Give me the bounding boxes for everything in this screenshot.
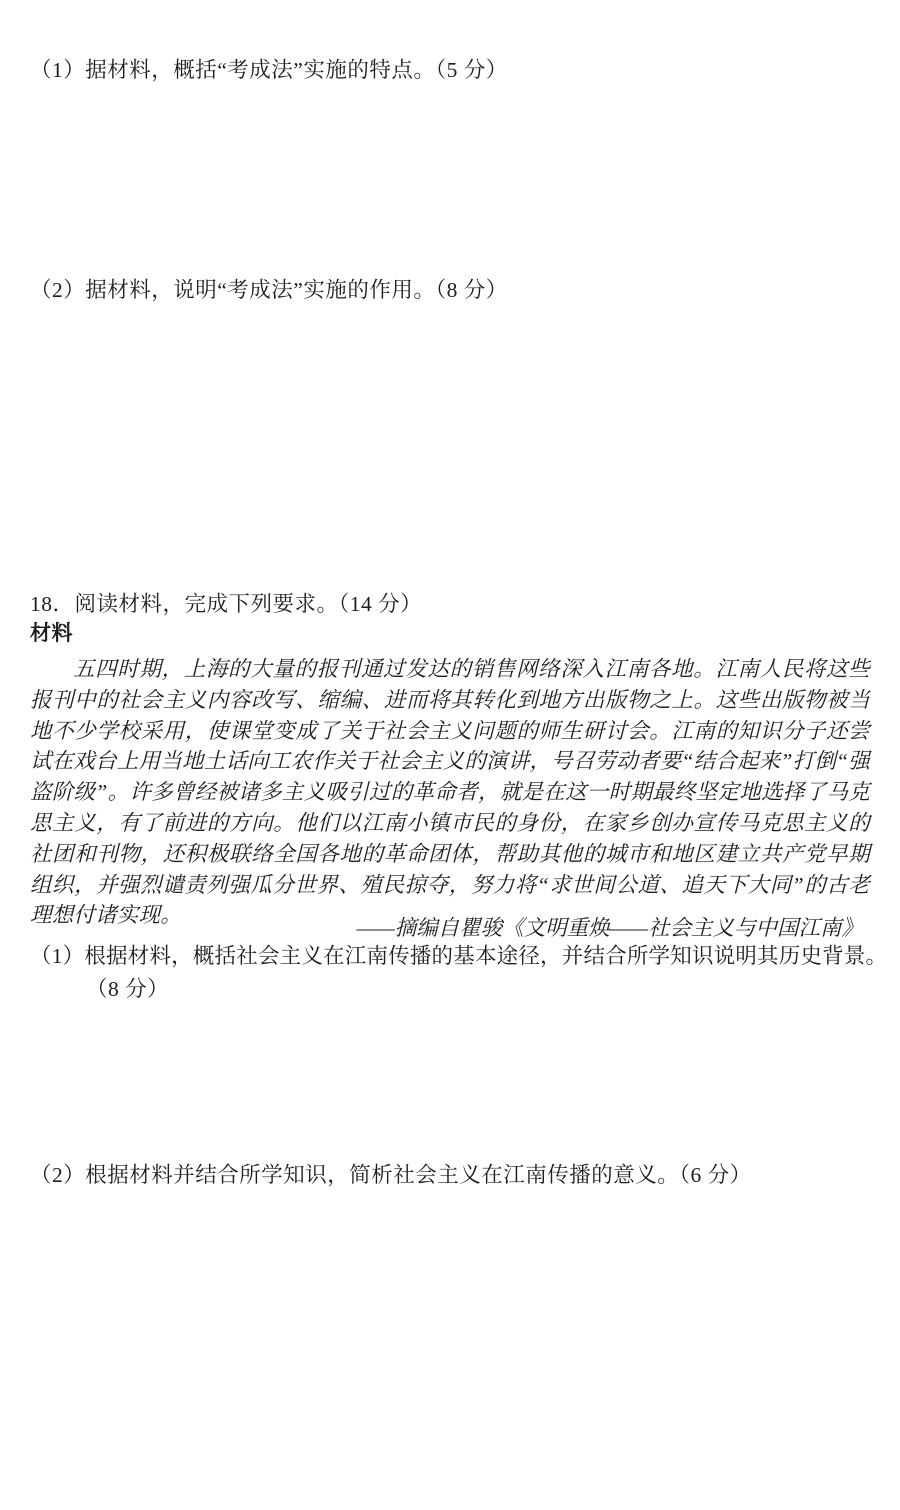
question-18-part-2: （2）根据材料并结合所学知识，简析社会主义在江南传播的意义。（6 分） — [30, 1161, 752, 1189]
answer-space-q18-part2 — [0, 1200, 900, 1500]
material-label: 材料 — [30, 620, 73, 648]
question-18-part-1-score: （8 分） — [86, 975, 169, 1003]
question-18-header: 18．阅读材料，完成下列要求。（14 分） — [30, 590, 422, 618]
material-paragraph: 五四时期，上海的大量的报刊通过发达的销售网络深入江南各地。江南人民将这些报刊中的… — [30, 654, 870, 931]
exam-paper-page: （1）据材料，概括“考成法”实施的特点。（5 分） （2）据材料，说明“考成法”… — [0, 0, 900, 1510]
question-17-part-1: （1）据材料，概括“考成法”实施的特点。（5 分） — [30, 56, 508, 84]
question-17-part-2: （2）据材料，说明“考成法”实施的作用。（8 分） — [30, 276, 508, 304]
material-attribution: ——摘编自瞿骏《文明重焕——社会主义与中国江南》 — [30, 911, 863, 942]
question-18-part-1: （1）根据材料，概括社会主义在江南传播的基本途径，并结合所学知识说明其历史背景。 — [30, 942, 887, 970]
answer-space-q17-part2 — [0, 315, 900, 585]
answer-space-q17-part1 — [0, 95, 900, 270]
answer-space-q18-part1 — [0, 1010, 900, 1155]
